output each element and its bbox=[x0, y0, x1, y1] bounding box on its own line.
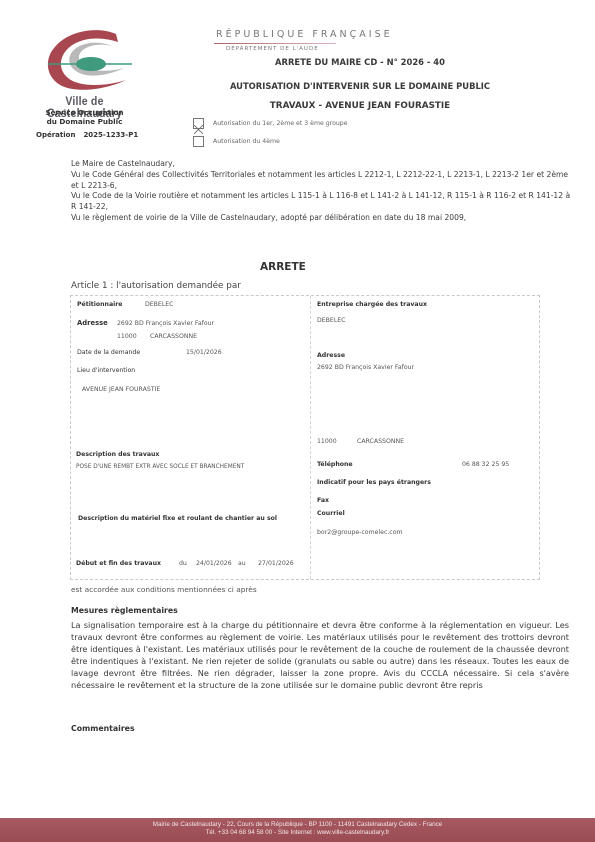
courriel-label: Courriel bbox=[317, 510, 345, 517]
article-1: Article 1 : l'autorisation demandée par bbox=[71, 281, 241, 291]
checkbox-groupe-4[interactable] bbox=[193, 136, 204, 147]
date-debut: 24/01/2026 bbox=[196, 560, 232, 567]
intro-line: Vu le Code de la Voirie routière et nota… bbox=[71, 191, 571, 213]
adresse-line1: 2692 BD François Xavier Fafour bbox=[117, 320, 214, 327]
service-line-1: Service Occupation bbox=[22, 108, 147, 117]
fax-label: Fax bbox=[317, 497, 329, 504]
date-fin: 27/01/2026 bbox=[258, 560, 294, 567]
adresse-ville: CARCASSONNE bbox=[150, 333, 197, 340]
service-name: Service Occupation du Domaine Public bbox=[22, 108, 147, 126]
box-divider bbox=[310, 296, 311, 579]
footer-contact: Mairie de Castelnaudary - 22, Cours de l… bbox=[0, 818, 595, 837]
intro-line: Vu le règlement de voirie de la Ville de… bbox=[71, 213, 571, 224]
lieu-intervention-label: Lieu d'intervention bbox=[77, 367, 135, 374]
arrete-number: ARRETE DU MAIRE CD - N° 2026 - 40 bbox=[190, 57, 530, 67]
dates-travaux-label: Début et fin des travaux bbox=[76, 560, 161, 567]
intro-line: Vu le Code Général des Collectivités Ter… bbox=[71, 170, 571, 192]
mesures-text: La signalisation temporaire est à la cha… bbox=[71, 619, 569, 692]
entreprise-adresse-ville: CARCASSONNE bbox=[357, 438, 404, 445]
entreprise-value: DEBELEC bbox=[317, 317, 346, 324]
republique-francaise: RÉPUBLIQUE FRANÇAISE bbox=[216, 29, 393, 40]
footer-band: Mairie de Castelnaudary - 22, Cours de l… bbox=[0, 818, 595, 842]
materiel-label: Description du matériel fixe et roulant … bbox=[78, 515, 277, 522]
document-subtitle: AUTORISATION D'INTERVENIR SUR LE DOMAINE… bbox=[190, 81, 530, 91]
service-line-2: du Domaine Public bbox=[22, 117, 147, 126]
du-label: du bbox=[179, 560, 187, 567]
entreprise-label: Entreprise chargée des travaux bbox=[317, 301, 427, 308]
check-x-icon bbox=[194, 125, 203, 134]
arrete-heading: ARRETE bbox=[260, 261, 306, 273]
request-details-box bbox=[70, 295, 540, 580]
petitionnaire-value: DEBELEC bbox=[145, 301, 174, 308]
operation-reference: Opération2025-1233-P1 bbox=[36, 131, 146, 139]
commentaires-title: Commentaires bbox=[71, 724, 135, 733]
operation-label: Opération bbox=[36, 131, 75, 139]
entreprise-adresse-label: Adresse bbox=[317, 352, 345, 359]
conditions-intro: est accordée aux conditions mentionnées … bbox=[71, 585, 257, 594]
intro-visas: Le Maire de Castelnaudary, Vu le Code Gé… bbox=[71, 159, 571, 224]
castelnaudary-logo-icon bbox=[28, 28, 138, 98]
entreprise-adresse-line1: 2692 BD François Xavier Fafour bbox=[317, 364, 414, 371]
entreprise-adresse-cp: 11000 bbox=[317, 438, 337, 445]
checkbox-label-groupe-4: Autorisation du 4ème bbox=[213, 138, 280, 145]
intro-line: Le Maire de Castelnaudary, bbox=[71, 159, 571, 170]
checkbox-label-groupe-1-2-3: Autorisation du 1er, 2ème et 3 ème group… bbox=[213, 120, 348, 127]
footer-address: Mairie de Castelnaudary - 22, Cours de l… bbox=[0, 821, 595, 829]
telephone-value: 06 88 32 25 95 bbox=[462, 461, 509, 468]
footer-phone-web: Tél. +33 04 68 94 58 00 - Site Internet … bbox=[0, 829, 595, 837]
petitionnaire-label: Pétitionnaire bbox=[77, 301, 123, 308]
header-divider bbox=[214, 43, 336, 44]
au-label: au bbox=[238, 560, 246, 567]
description-travaux-value: POSE D'UNE REMBT EXTR AVEC SOCLE ET BRAN… bbox=[76, 464, 244, 470]
date-demande-label: Date de la demande bbox=[77, 349, 140, 356]
courriel-value[interactable]: bor2@groupe-comelec.com bbox=[317, 529, 403, 536]
description-travaux-label: Description des travaux bbox=[76, 451, 159, 458]
checkbox-groupe-1-2-3[interactable] bbox=[193, 118, 204, 129]
telephone-label: Téléphone bbox=[317, 461, 353, 468]
lieu-intervention-value: AVENUE JEAN FOURASTIE bbox=[82, 386, 160, 393]
operation-value: 2025-1233-P1 bbox=[83, 131, 138, 139]
date-demande-value: 15/01/2026 bbox=[186, 349, 222, 356]
mesures-title: Mesures règlementaires bbox=[71, 606, 178, 615]
travaux-title: TRAVAUX - AVENUE JEAN FOURASTIE bbox=[190, 101, 530, 111]
adresse-label: Adresse bbox=[77, 319, 108, 327]
indicatif-label: Indicatif pour les pays étrangers bbox=[317, 479, 431, 486]
departement: DÉPARTEMENT DE L'AUDE bbox=[226, 46, 319, 52]
adresse-cp: 11000 bbox=[117, 333, 137, 340]
